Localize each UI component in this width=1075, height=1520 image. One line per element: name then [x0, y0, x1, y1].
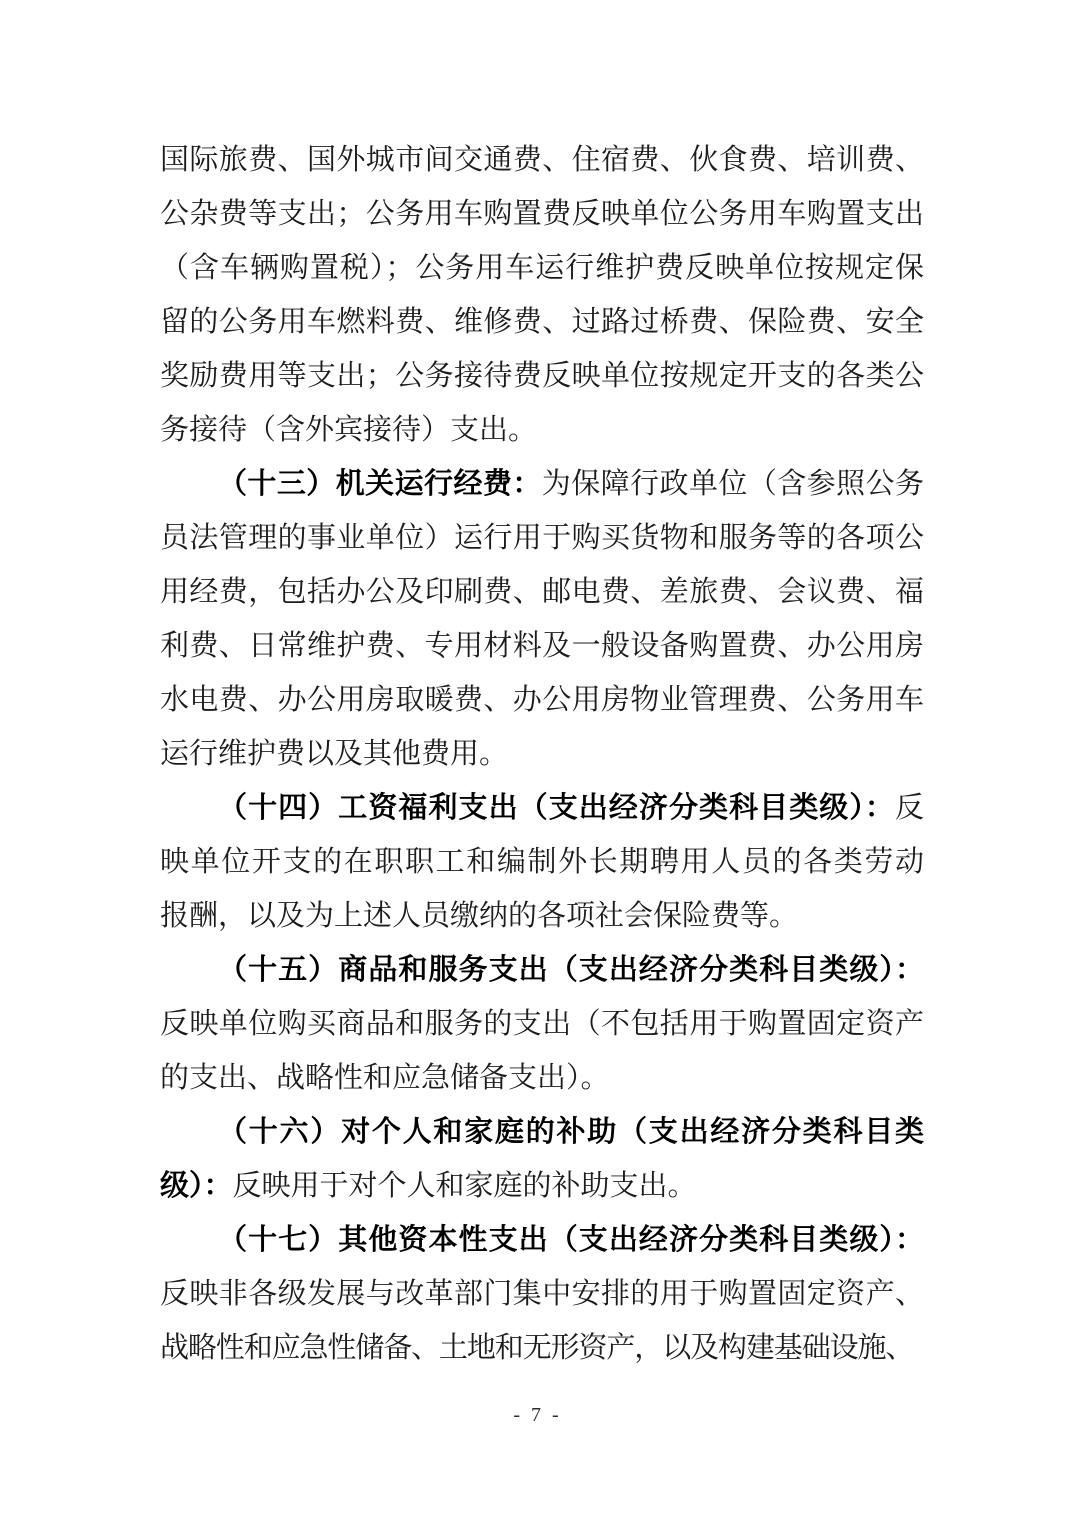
text-segment: 反映非各级发展与改革部门集中安排的用于购置固定资产、	[160, 1278, 924, 1310]
text-segment: 报酬，以及为上述人员缴纳的各项社会保险费等。	[160, 900, 798, 932]
text-line: （十七）其他资本性支出（支出经济分类科目类级）：	[160, 1213, 924, 1267]
heading-segment: （十三）机关运行经费：	[218, 468, 542, 500]
text-line: 报酬，以及为上述人员缴纳的各项社会保险费等。	[160, 889, 924, 943]
text-segment: 员法管理的事业单位）运行用于购买货物和服务等的各项公	[160, 522, 924, 554]
text-segment: 为保障行政单位（含参照公务	[542, 468, 924, 500]
text-segment: 用经费，包括办公及印刷费、邮电费、差旅费、会议费、福	[160, 576, 924, 608]
text-line: 用经费，包括办公及印刷费、邮电费、差旅费、会议费、福	[160, 565, 924, 619]
text-line: 利费、日常维护费、专用材料及一般设备购置费、办公用房	[160, 619, 924, 673]
text-line: 反映单位购买商品和服务的支出（不包括用于购置固定资产	[160, 997, 924, 1051]
page-body: 国际旅费、国外城市间交通费、住宿费、伙食费、培训费、公杂费等支出；公务用车购置费…	[160, 133, 924, 1375]
text-line: 水电费、办公用房取暖费、办公用房物业管理费、公务用车	[160, 673, 924, 727]
text-segment: 国际旅费、国外城市间交通费、住宿费、伙食费、培训费、	[160, 144, 924, 176]
page-footer: - 7 -	[0, 1404, 1075, 1427]
heading-segment: （十五）商品和服务支出（支出经济分类科目类级）：	[218, 954, 924, 986]
text-line: 国际旅费、国外城市间交通费、住宿费、伙食费、培训费、	[160, 133, 924, 187]
text-line: 奖励费用等支出；公务接待费反映单位按规定开支的各类公	[160, 349, 924, 403]
text-line: 员法管理的事业单位）运行用于购买货物和服务等的各项公	[160, 511, 924, 565]
text-segment: 战略性和应急性储备、土地和无形资产，以及构建基础设施、	[160, 1332, 913, 1364]
text-segment: （含车辆购置税）；公务用车运行维护费反映单位按规定保	[160, 252, 924, 284]
text-segment: 留的公务用车燃料费、维修费、过路过桥费、保险费、安全	[160, 306, 924, 338]
text-segment: 奖励费用等支出；公务接待费反映单位按规定开支的各类公	[160, 360, 924, 392]
text-segment: 映单位开支的在职职工和编制外长期聘用人员的各类劳动	[160, 846, 924, 878]
text-segment: 运行维护费以及其他费用。	[160, 738, 508, 770]
text-segment: 利费、日常维护费、专用材料及一般设备购置费、办公用房	[160, 630, 924, 662]
text-line: （十四）工资福利支出（支出经济分类科目类级）：反	[160, 781, 924, 835]
text-segment: 的支出、战略性和应急储备支出）。	[160, 1062, 610, 1094]
text-line: 映单位开支的在职职工和编制外长期聘用人员的各类劳动	[160, 835, 924, 889]
text-line: 留的公务用车燃料费、维修费、过路过桥费、保险费、安全	[160, 295, 924, 349]
text-segment: 公杂费等支出；公务用车购置费反映单位公务用车购置支出	[160, 198, 924, 230]
text-line: 级）：反映用于对个人和家庭的补助支出。	[160, 1159, 924, 1213]
heading-segment: （十七）其他资本性支出（支出经济分类科目类级）：	[218, 1224, 924, 1256]
text-line: 的支出、战略性和应急储备支出）。	[160, 1051, 924, 1105]
text-segment: 反映用于对个人和家庭的补助支出。	[233, 1170, 697, 1202]
text-line: 公杂费等支出；公务用车购置费反映单位公务用车购置支出	[160, 187, 924, 241]
heading-segment: 级）：	[160, 1170, 233, 1202]
document-page: 国际旅费、国外城市间交通费、住宿费、伙食费、培训费、公杂费等支出；公务用车购置费…	[0, 0, 1075, 1520]
heading-segment: （十四）工资福利支出（支出经济分类科目类级）：	[218, 792, 895, 824]
text-line: 运行维护费以及其他费用。	[160, 727, 924, 781]
page-number: - 7 -	[513, 1404, 561, 1426]
text-line: （十三）机关运行经费：为保障行政单位（含参照公务	[160, 457, 924, 511]
text-segment: 水电费、办公用房取暖费、办公用房物业管理费、公务用车	[160, 684, 924, 716]
text-line: 反映非各级发展与改革部门集中安排的用于购置固定资产、	[160, 1267, 924, 1321]
text-line: 务接待（含外宾接待）支出。	[160, 403, 924, 457]
text-line: （十五）商品和服务支出（支出经济分类科目类级）：	[160, 943, 924, 997]
text-line: 战略性和应急性储备、土地和无形资产，以及构建基础设施、	[160, 1321, 924, 1375]
text-segment: 反映单位购买商品和服务的支出（不包括用于购置固定资产	[160, 1008, 924, 1040]
heading-segment: （十六）对个人和家庭的补助（支出经济分类科目类	[218, 1116, 924, 1148]
text-line: （十六）对个人和家庭的补助（支出经济分类科目类	[160, 1105, 924, 1159]
text-line: （含车辆购置税）；公务用车运行维护费反映单位按规定保	[160, 241, 924, 295]
text-segment: 务接待（含外宾接待）支出。	[160, 414, 537, 446]
text-segment: 反	[895, 792, 924, 824]
